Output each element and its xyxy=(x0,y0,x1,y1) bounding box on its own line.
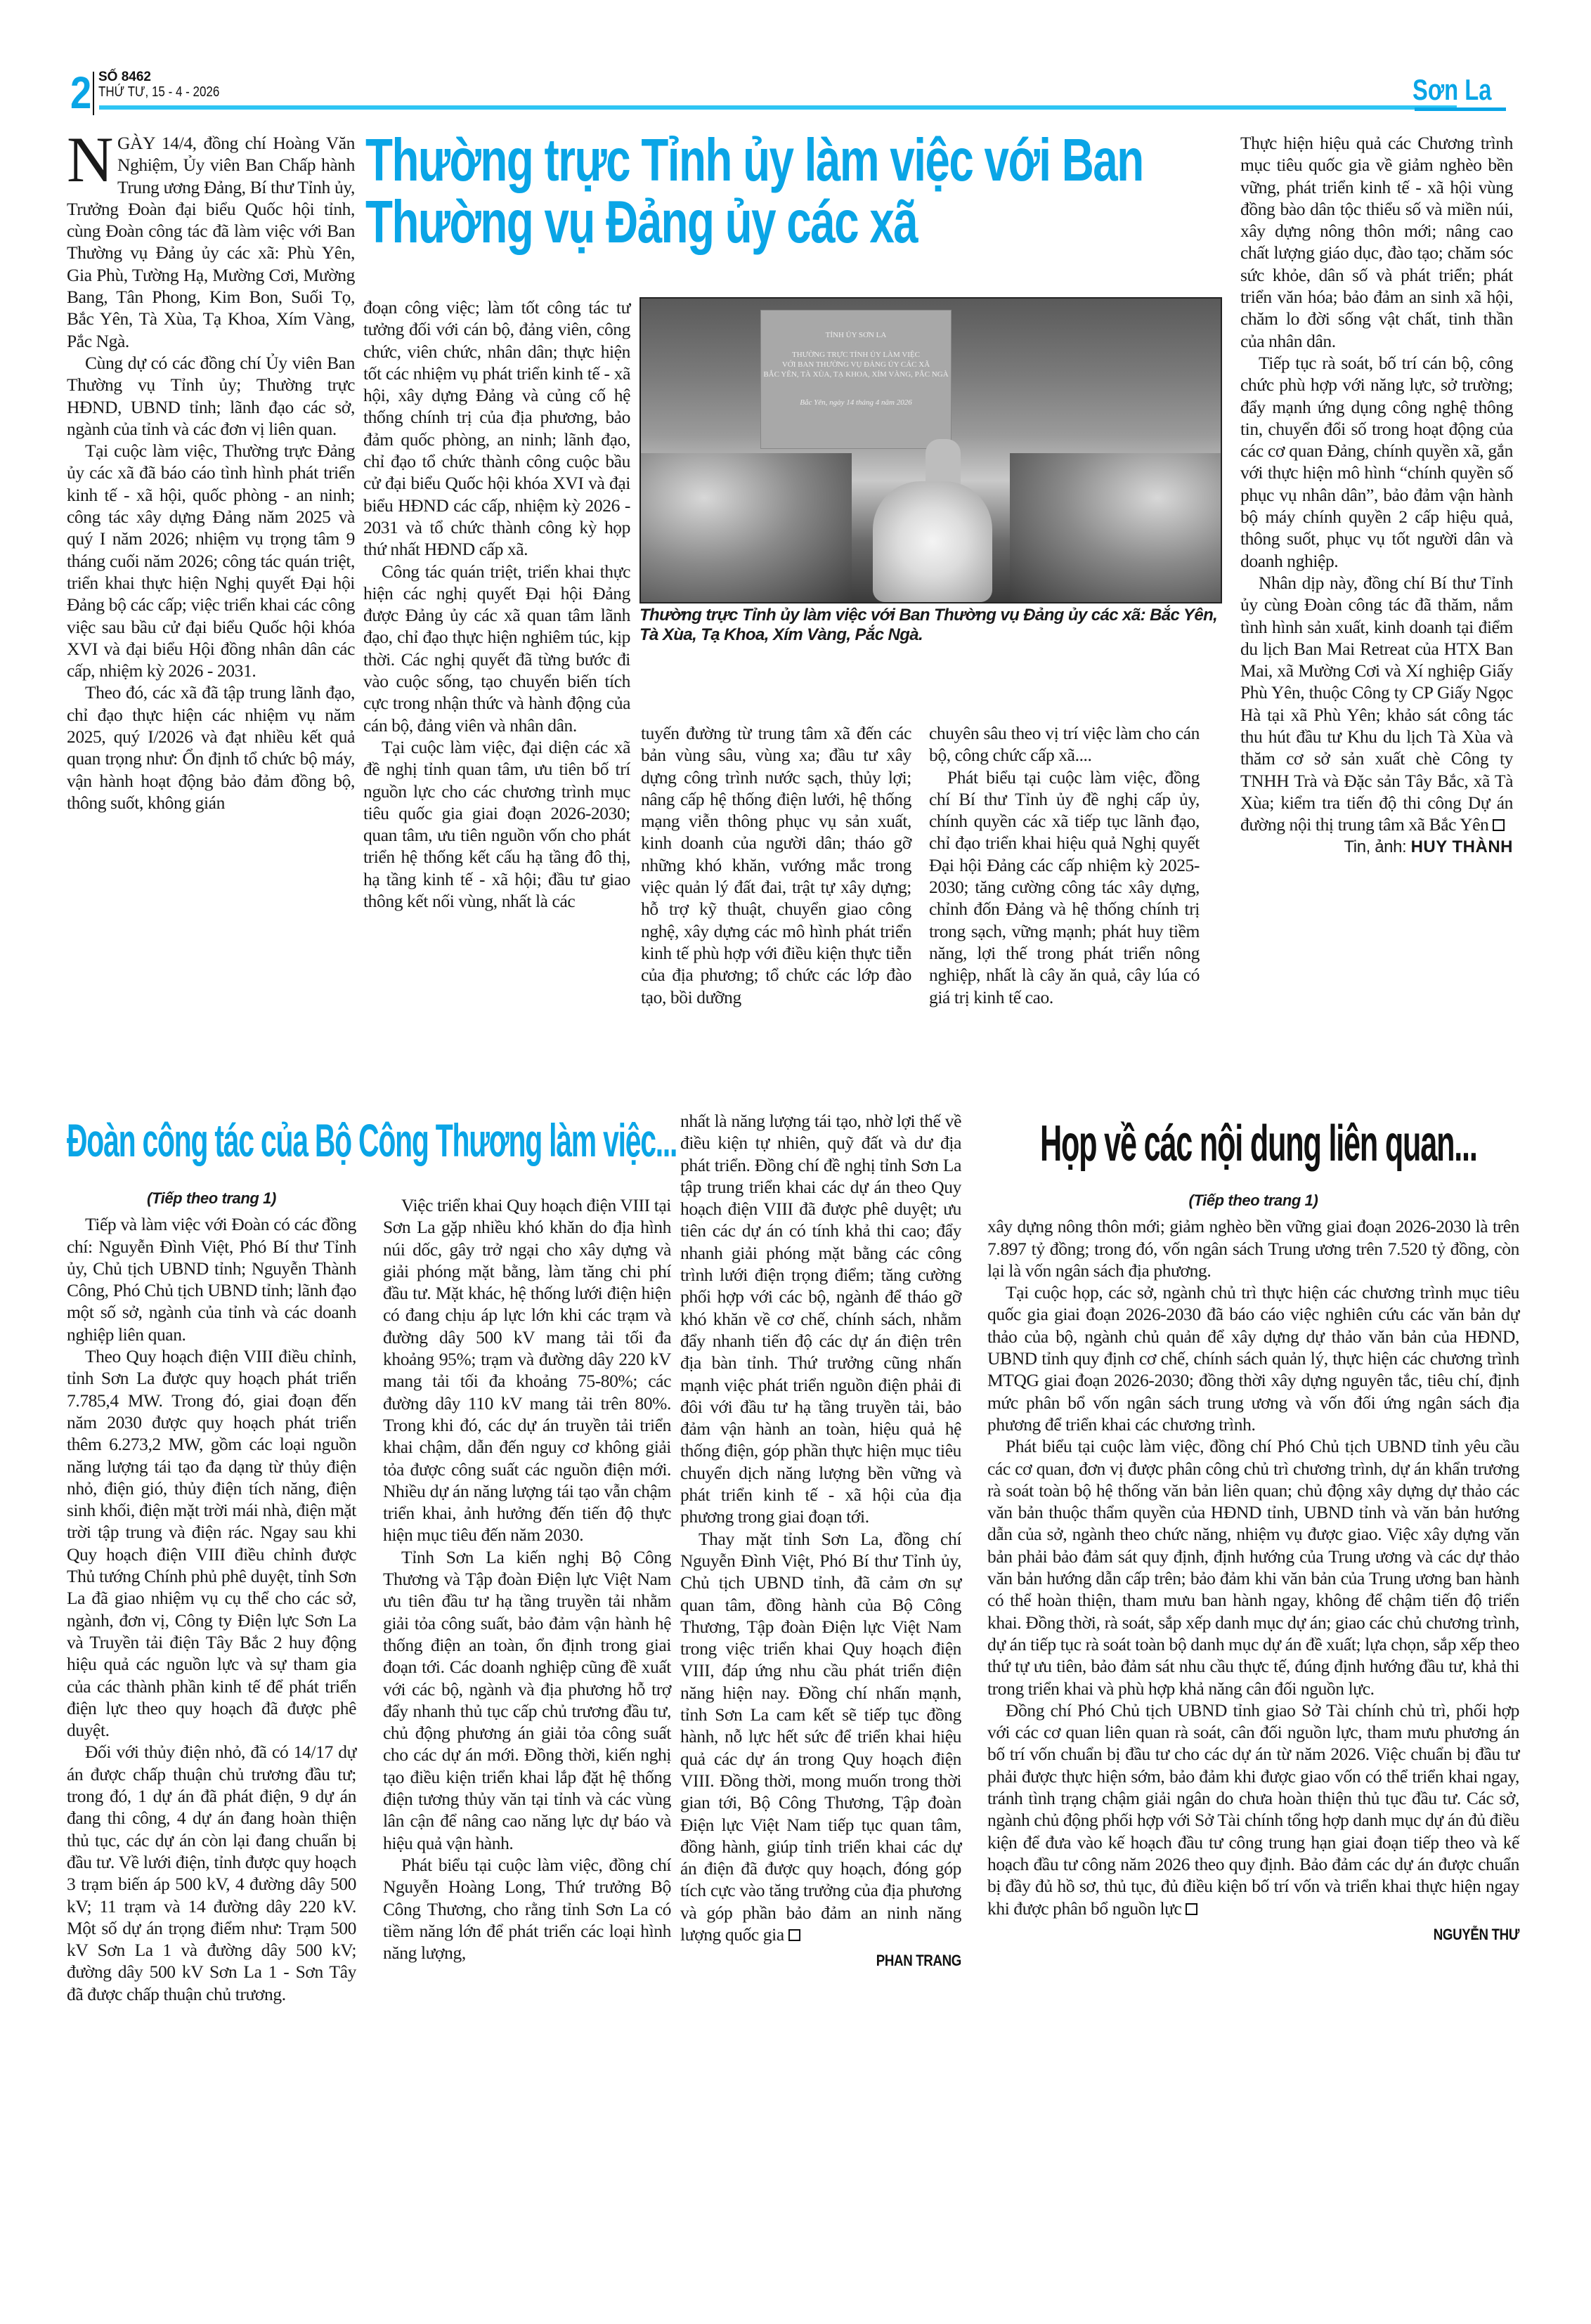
top-article-col-1: NGÀY 14/4, đồng chí Hoàng Văn Nghiệm, Ủy… xyxy=(67,132,355,814)
paragraph: chuyên sâu theo vị trí việc làm cho cán … xyxy=(929,722,1200,766)
paragraph: Phát biểu tại cuộc làm việc, đồng chí Bí… xyxy=(929,766,1200,1008)
top-headline: Thường trực Tỉnh ủy làm việc với Ban Thư… xyxy=(365,130,1261,254)
top-article-col-5: Thực hiện hiệu quả các Chương trình mục … xyxy=(1240,132,1513,858)
bottom-left-author: PHAN TRANG xyxy=(722,1950,961,1971)
paragraph: Phát biểu tại cuộc làm việc, đồng chí Ng… xyxy=(383,1854,671,1964)
meeting-photo: TỈNH ỦY SƠN LA THƯỜNG TRỰC TỈNH ỦY LÀM V… xyxy=(639,297,1222,603)
paragraph: đoạn công việc; làm tốt công tác tư tưởn… xyxy=(363,296,630,561)
paragraph: Việc triển khai Quy hoạch điện VIII tại … xyxy=(383,1194,671,1546)
paragraph: Tại cuộc làm việc, đại diện các xã đề ng… xyxy=(363,736,630,912)
photo-attendees-left xyxy=(641,453,852,602)
paragraph: Thay mặt tỉnh Sơn La, đồng chí Nguyễn Đì… xyxy=(680,1529,961,1945)
drop-cap: N xyxy=(67,133,117,185)
paragraph: Đồng chí Phó Chủ tịch UBND tỉnh giao Sở … xyxy=(987,1700,1519,1919)
projection-screen: TỈNH ỦY SƠN LA THƯỜNG TRỰC TỈNH ỦY LÀM V… xyxy=(760,310,952,449)
top-article-col-3: tuyến đường từ trung tâm xã đến các bản … xyxy=(641,722,911,1008)
end-mark-icon xyxy=(1186,1903,1197,1915)
issue-date: THỨ TƯ, 15 - 4 - 2026 xyxy=(98,84,219,100)
paragraph: Đối với thủy điện nhỏ, đã có 14/17 dự án… xyxy=(67,1741,356,2005)
photo-flowers xyxy=(873,481,992,602)
top-byline: Tin, ảnh: HUY THÀNH xyxy=(1240,836,1513,858)
header-divider xyxy=(93,72,94,115)
continued-note: (Tiếp theo trang 1) xyxy=(987,1189,1519,1211)
top-lead-paragraph: NGÀY 14/4, đồng chí Hoàng Văn Nghiệm, Ủy… xyxy=(67,132,355,352)
bottom-right-author: NGUYỄN THƯ xyxy=(1067,1924,1519,1945)
paragraph: Phát biểu tại cuộc làm việc, đồng chí Ph… xyxy=(987,1435,1519,1699)
section-label: Sơn La xyxy=(1413,74,1491,105)
bottom-right-body: (Tiếp theo trang 1) xây dựng nông thôn m… xyxy=(987,1189,1519,1945)
page-number: 2 xyxy=(70,70,91,115)
header-rule xyxy=(99,105,1457,110)
bottom-right-headline: Họp về các nội dung liên quan... xyxy=(1040,1117,1588,1170)
paragraph: Tiếp và làm việc với Đoàn có các đồng ch… xyxy=(67,1213,356,1345)
issue-number: SỐ 8462 xyxy=(98,70,151,84)
paragraph: tuyến đường từ trung tâm xã đến các bản … xyxy=(641,722,911,1008)
paragraph: Thực hiện hiệu quả các Chương trình mục … xyxy=(1240,132,1513,352)
section-rule xyxy=(1415,107,1506,111)
paragraph: Cùng dự có các đồng chí Ủy viên Ban Thườ… xyxy=(67,352,355,440)
end-mark-icon xyxy=(788,1929,800,1941)
top-article-col-4: chuyên sâu theo vị trí việc làm cho cán … xyxy=(929,722,1200,1008)
photo-attendees-right xyxy=(1010,453,1221,602)
paragraph: xây dựng nông thôn mới; giảm nghèo bền v… xyxy=(987,1215,1519,1281)
paragraph: Tại cuộc làm việc, Thường trực Đảng ủy c… xyxy=(67,440,355,681)
bottom-left-col-3: nhất là năng lượng tái tạo, nhờ lợi thế … xyxy=(680,1110,961,1972)
paragraph: nhất là năng lượng tái tạo, nhờ lợi thế … xyxy=(680,1110,961,1528)
paragraph: Theo Quy hoạch điện VIII điều chỉnh, tỉn… xyxy=(67,1345,356,1741)
bottom-left-col-1: (Tiếp theo trang 1) Tiếp và làm việc với… xyxy=(67,1187,356,2005)
bottom-left-col-2: Việc triển khai Quy hoạch điện VIII tại … xyxy=(383,1194,671,1964)
end-mark-icon xyxy=(1493,819,1505,831)
photo-caption: Thường trực Tỉnh ủy làm việc với Ban Thư… xyxy=(639,606,1223,645)
paragraph: Nhân dịp này, đồng chí Bí thư Tỉnh ủy cù… xyxy=(1240,573,1513,835)
continued-note: (Tiếp theo trang 1) xyxy=(67,1187,356,1209)
bottom-left-headline: Đoàn công tác của Bộ Công Thương làm việ… xyxy=(67,1116,699,1165)
top-article-col-2: đoạn công việc; làm tốt công tác tư tưởn… xyxy=(363,296,630,912)
paragraph: Tại cuộc họp, các sở, ngành chủ trì thực… xyxy=(987,1281,1519,1435)
paragraph: Theo đó, các xã đã tập trung lãnh đạo, c… xyxy=(67,681,355,814)
paragraph: Tiếp tục rà soát, bố trí cán bộ, công ch… xyxy=(1240,352,1513,572)
paragraph: Công tác quán triệt, triển khai thực hiệ… xyxy=(363,561,630,736)
paragraph: Tỉnh Sơn La kiến nghị Bộ Công Thương và … xyxy=(383,1546,671,1854)
